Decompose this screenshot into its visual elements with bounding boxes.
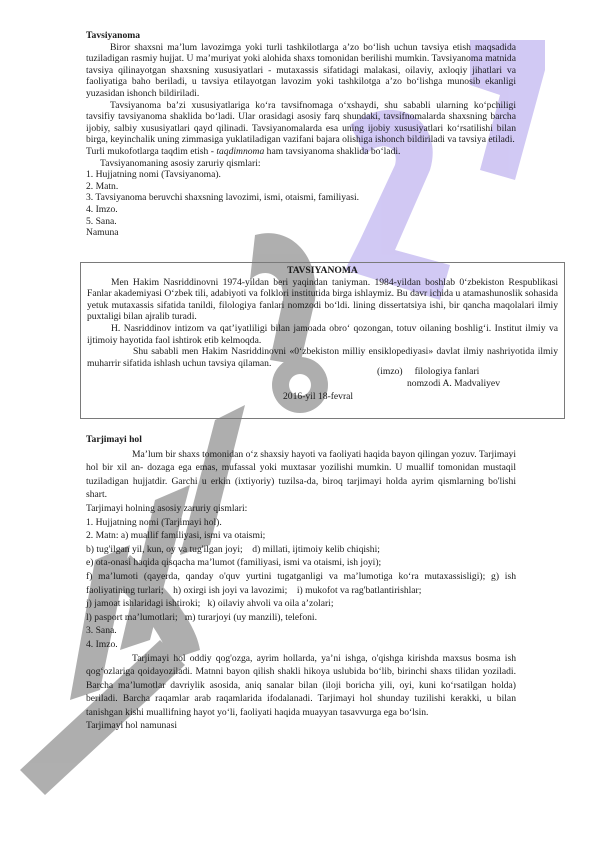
list-item: 3. Sana. [86, 624, 516, 638]
list-item: e) ota-onasi haqida qisqacha ma’lumot (f… [86, 556, 516, 570]
section-tavsiyanoma: Tavsiyanoma Biror shaxsni ma’lum lavozim… [86, 30, 516, 239]
list-item: 2. Matn. [86, 181, 516, 193]
list-item: 4. Imzo. [86, 638, 516, 652]
section-tarjimayi-hol: Tarjimayi hol Ma’lum bir shaxs tomonidan… [86, 434, 516, 733]
paragraph: Shu sababli men Hakim Nasriddinovni «0‘z… [87, 346, 558, 369]
section-body: Ma’lum bir shaxs tomonidan o‘z shaxsiy h… [86, 448, 516, 733]
list-item: j) jamoat ishlaridagi ishtiroki; k) oila… [86, 597, 516, 611]
list-item: 1. Hujjatning nomi (Tavsiyanoma). [86, 169, 516, 181]
sample-label: Tarjimayi hol namunasi [86, 719, 516, 733]
sample-box: TAVSIYANOMA Men Hakim Nasriddinovni 1974… [80, 262, 565, 419]
list-item: 4. Imzo. [86, 204, 516, 216]
paragraph: Tarjimayi hol oddiy qog'ozga, ayrim holl… [86, 652, 516, 720]
text: Turli mukofotlarga taqdim etish - [86, 146, 216, 157]
paragraph: Turli mukofotlarga taqdim etish - taqdim… [86, 146, 516, 158]
list-item: 5. Sana. [86, 216, 516, 228]
list-item: l) pasport ma’lumotlari; m) turarjoyi (u… [86, 611, 516, 625]
paragraph: Tavsiyanoma ba’zi xususiyatlariga ko‘ra … [86, 100, 516, 146]
paragraph: Biror shaxsni ma’lum lavozimga yoki turl… [86, 42, 516, 100]
paragraph: Men Hakim Nasriddinovni 1974-yildan beri… [87, 277, 558, 323]
list-item: f) ma’lumoti (qayerda, qanday o'quv yurt… [86, 570, 516, 597]
sample-date: 2016-yil 18-fevral [283, 391, 353, 403]
sample-title: TAVSIYANOMA [87, 265, 558, 277]
text: ham tavsiyanoma shaklida bo‘ladi. [264, 146, 400, 157]
list-item: b) tug'ilgan yil, kun, oy va tug'ilgan j… [86, 543, 516, 557]
paragraph: H. Nasriddinov intizom va qat’iyatliligi… [87, 323, 558, 346]
signature-name: nomzodi A. Madvaliyev [407, 378, 500, 390]
list-item: 2. Matn: a) muallif familiyasi, ismi va … [86, 529, 516, 543]
list-item: 3. Tavsiyanoma beruvchi shaxsning lavozi… [86, 192, 516, 204]
signature-line: (imzo) filologiya fanlari [377, 366, 479, 378]
section-title-tavsiyanoma: Tavsiyanoma [86, 30, 516, 42]
parts-heading: Tarjimayi holning asosiy zaruriy qismlar… [86, 502, 516, 516]
list-item: 1. Hujjatning nomi (Tarjimayi hol). [86, 516, 516, 530]
italic-term: taqdimnoma [216, 146, 264, 157]
sample-label: Namuna [86, 227, 516, 239]
document-page: Tavsiyanoma Biror shaxsni ma’lum lavozim… [0, 0, 596, 842]
parts-heading: Tavsiyanomaning asosiy zaruriy qismlari: [86, 158, 516, 170]
paragraph: Ma’lum bir shaxs tomonidan o‘z shaxsiy h… [86, 448, 516, 502]
section-title-tarjimayi-hol: Tarjimayi hol [86, 434, 516, 446]
